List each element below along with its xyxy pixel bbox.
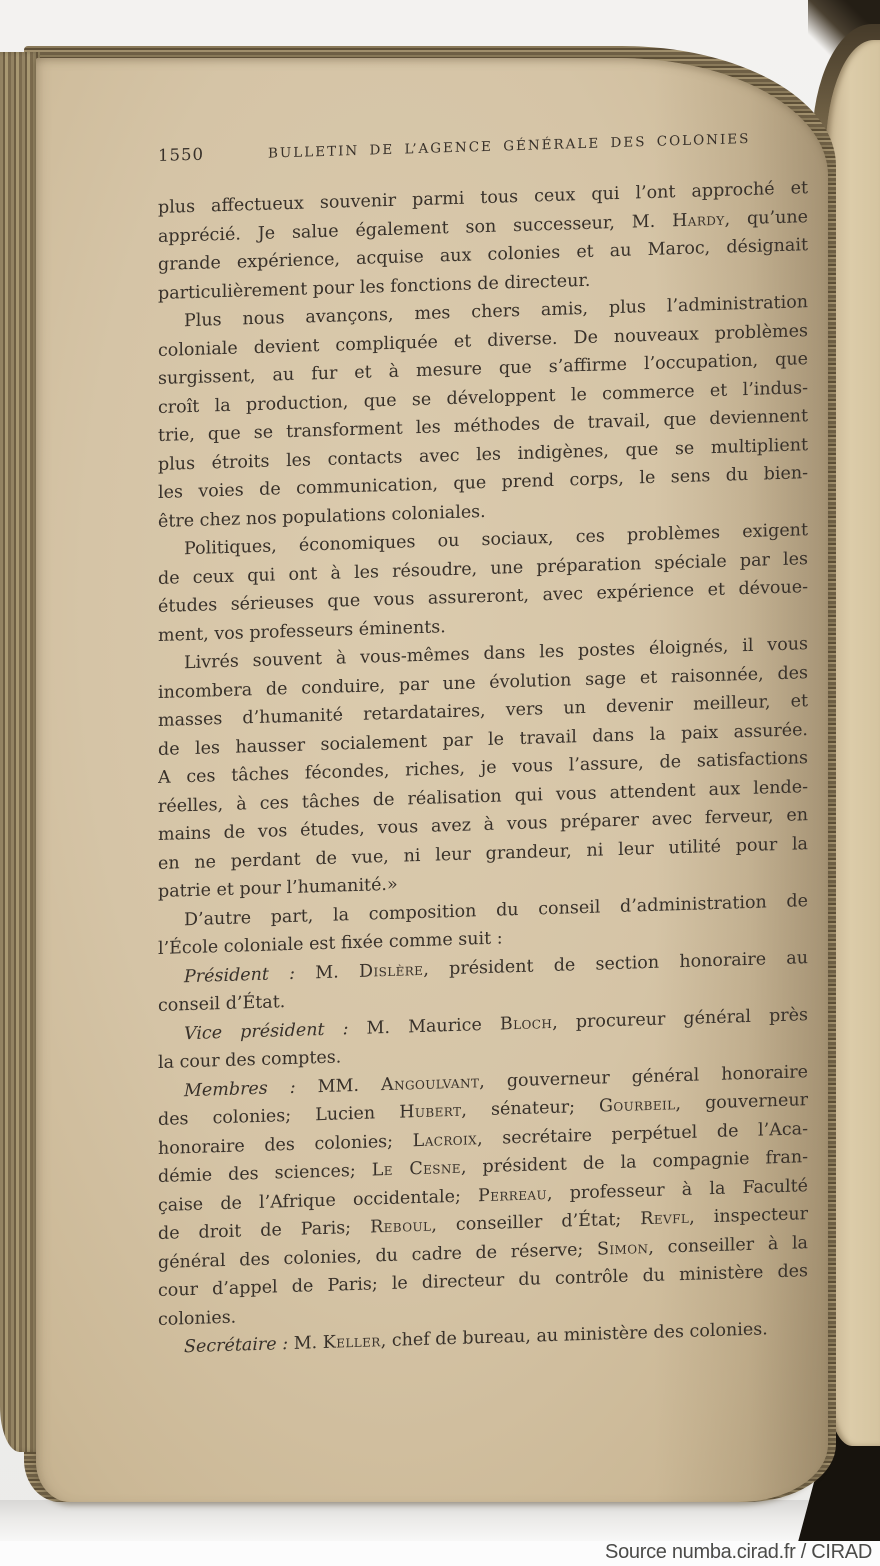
scanner-surface: [0, 1500, 880, 1542]
left-fore-edge-stack: [0, 52, 40, 1452]
printed-text-layer: 1550 BULLETIN DE L’AGENCE GÉNÉRALE DES C…: [158, 126, 808, 1362]
body-text: plus affectueux souvenir parmi tous ceux…: [158, 174, 808, 1362]
caption-bar: Source numba.cirad.fr / CIRAD: [0, 1541, 880, 1566]
source-caption: Source numba.cirad.fr / CIRAD: [605, 1541, 872, 1564]
page-number: 1550: [158, 145, 204, 165]
